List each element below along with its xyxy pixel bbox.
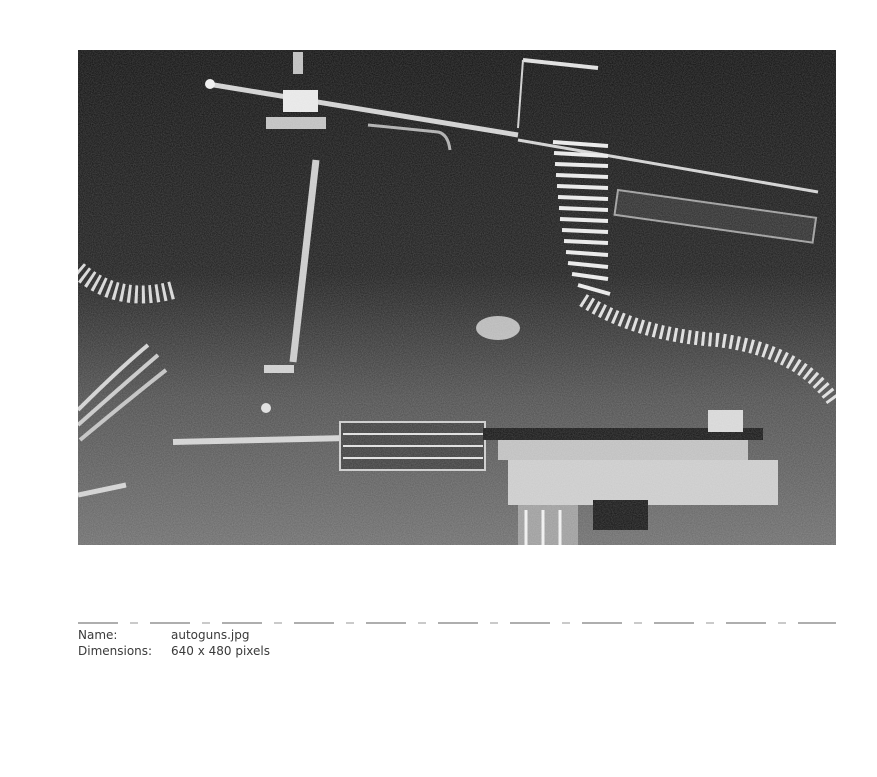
dimensions-value: 640 x 480 pixels	[171, 643, 270, 659]
dimensions-label: Dimensions:	[78, 643, 171, 659]
name-value: autoguns.jpg	[171, 627, 249, 643]
separator	[78, 622, 836, 624]
image-properties: Name: autoguns.jpg Dimensions: 640 x 480…	[78, 627, 270, 659]
name-label: Name:	[78, 627, 171, 643]
name-row: Name: autoguns.jpg	[78, 627, 270, 643]
image-preview	[78, 50, 836, 545]
firearms-photo	[78, 50, 836, 545]
dimensions-row: Dimensions: 640 x 480 pixels	[78, 643, 270, 659]
